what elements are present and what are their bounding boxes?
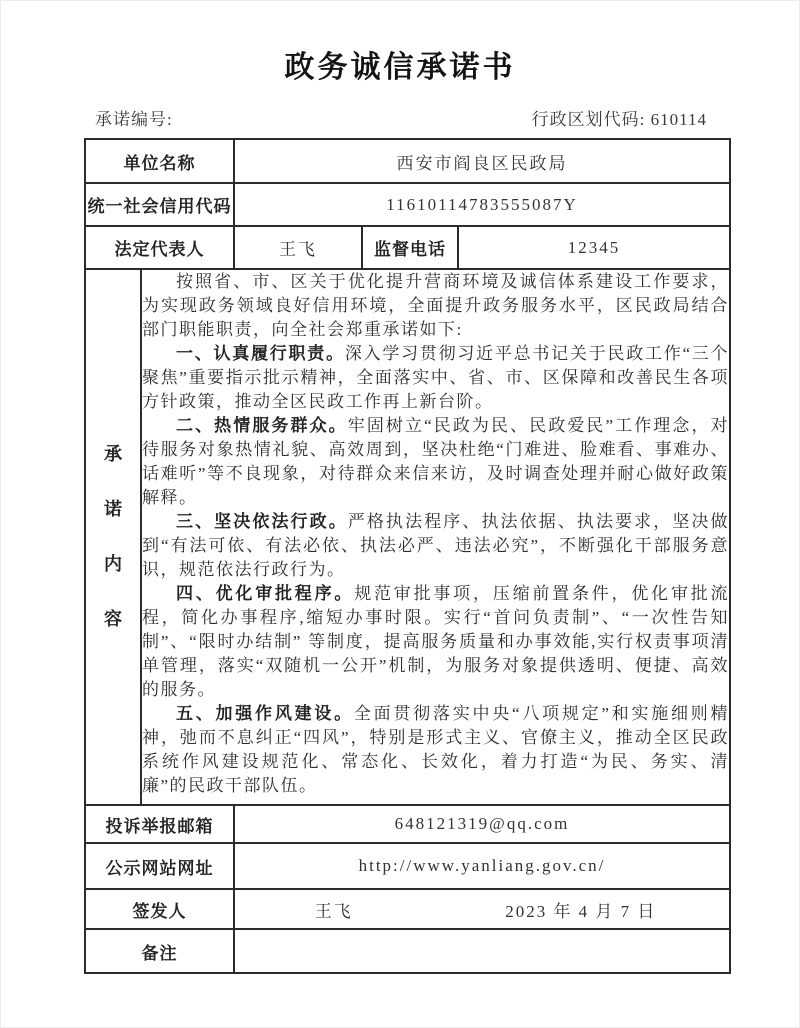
website-value: http://www.yanliang.gov.cn/	[234, 843, 730, 889]
commitment-item-1: 一、认真履行职责。深入学习贯彻习近平总书记关于民政工作“三个聚焦”重要指示批示精…	[142, 342, 729, 414]
region-code: 行政区划代码: 610114	[532, 108, 707, 132]
issuer-name: 王飞	[235, 897, 433, 922]
content-intro: 按照省、市、区关于优化提升营商环境及诚信体系建设工作要求，为实现政务领域良好信用…	[142, 270, 729, 342]
commitment-item-3: 三、坚决依法行政。严格执法程序、执法依据、执法要求，坚决做到“有法可依、有法必依…	[142, 510, 729, 582]
commitment-table: 单位名称 西安市阎良区民政局 统一社会信用代码 1161011478355508…	[84, 138, 731, 974]
row-complaint-email: 投诉举报邮箱 648121319@qq.com	[85, 805, 730, 843]
legal-rep-label: 法定代表人	[85, 226, 234, 269]
commitment-item-2: 二、热情服务群众。牢固树立“民政为民、民政爱民”工作理念，对待服务对象热情礼貌、…	[142, 414, 729, 510]
meta-row: 承诺编号: 行政区划代码: 610114	[84, 108, 729, 132]
complaint-email-label: 投诉举报邮箱	[85, 805, 234, 843]
issuer-wrap: 王飞 2023 年 4 月 7 日	[235, 897, 729, 922]
row-unit-name: 单位名称 西安市阎良区民政局	[85, 139, 730, 183]
row-credit-code: 统一社会信用代码 11610114783555087Y	[85, 183, 730, 226]
content-label-cell: 承诺内容	[85, 269, 141, 805]
issuer-cell: 王飞 2023 年 4 月 7 日	[234, 889, 730, 929]
document-page: 政务诚信承诺书 承诺编号: 行政区划代码: 610114 单位名称 西安市阎良区…	[0, 0, 800, 1028]
website-label: 公示网站网址	[85, 843, 234, 889]
content-cell: 按照省、市、区关于优化提升营商环境及诚信体系建设工作要求，为实现政务领域良好信用…	[141, 269, 730, 805]
credit-code-label: 统一社会信用代码	[85, 183, 234, 226]
commitment-item-4: 四、优化审批程序。规范审批事项，压缩前置条件，优化审批流程，简化办事程序,缩短办…	[142, 582, 729, 702]
credit-code-value: 11610114783555087Y	[234, 183, 730, 226]
commitment-item-5: 五、加强作风建设。全面贯彻落实中央“八项规定”和实施细则精神，弛而不息纠正“四风…	[142, 702, 729, 798]
complaint-email-value: 648121319@qq.com	[234, 805, 730, 843]
row-commitment-content: 承诺内容 按照省、市、区关于优化提升营商环境及诚信体系建设工作要求，为实现政务领…	[85, 269, 730, 805]
commitment-item-5-lead: 五、加强作风建设。	[176, 704, 354, 723]
content-text: 按照省、市、区关于优化提升营商环境及诚信体系建设工作要求，为实现政务领域良好信用…	[142, 270, 729, 798]
legal-rep-value: 王飞	[234, 226, 362, 269]
unit-name-value: 西安市阎良区民政局	[234, 139, 730, 183]
commitment-item-3-lead: 三、坚决依法行政。	[176, 512, 348, 531]
phone-value: 12345	[458, 226, 730, 269]
remarks-value	[234, 929, 730, 973]
page-title: 政务诚信承诺书	[0, 0, 800, 88]
row-legal-rep: 法定代表人 王飞 监督电话 12345	[85, 226, 730, 269]
row-website: 公示网站网址 http://www.yanliang.gov.cn/	[85, 843, 730, 889]
issuer-label: 签发人	[85, 889, 234, 929]
unit-name-label: 单位名称	[85, 139, 234, 183]
commitment-item-2-lead: 二、热情服务群众。	[176, 416, 348, 435]
commitment-item-1-lead: 一、认真履行职责。	[176, 344, 345, 363]
content-label: 承诺内容	[101, 427, 125, 647]
row-remarks: 备注	[85, 929, 730, 973]
row-issuer: 签发人 王飞 2023 年 4 月 7 日	[85, 889, 730, 929]
remarks-label: 备注	[85, 929, 234, 973]
promise-number-label: 承诺编号:	[95, 108, 173, 132]
commitment-item-4-lead: 四、优化审批程序。	[176, 584, 354, 603]
issue-date: 2023 年 4 月 7 日	[433, 897, 729, 922]
phone-label: 监督电话	[362, 226, 458, 269]
